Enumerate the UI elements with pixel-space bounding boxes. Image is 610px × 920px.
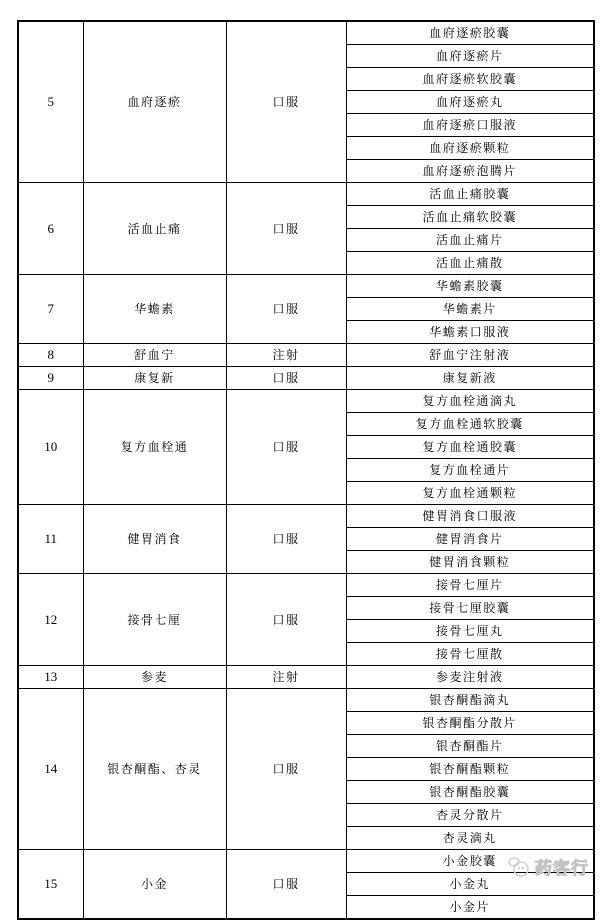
cell-route: 口服 bbox=[226, 850, 346, 920]
cell-num: 8 bbox=[18, 344, 83, 367]
cell-product: 血府逐瘀泡腾片 bbox=[346, 160, 594, 183]
cell-product: 活血止痛软胶囊 bbox=[346, 206, 594, 229]
cell-name: 银杏酮酯、杏灵 bbox=[83, 689, 226, 850]
cell-product: 复方血栓通滴丸 bbox=[346, 390, 594, 413]
cell-product: 杏灵分散片 bbox=[346, 804, 594, 827]
cell-num: 13 bbox=[18, 666, 83, 689]
cell-product: 小金胶囊 bbox=[346, 850, 594, 873]
cell-num: 7 bbox=[18, 275, 83, 344]
cell-num: 12 bbox=[18, 574, 83, 666]
cell-product: 复方血栓通软胶囊 bbox=[346, 413, 594, 436]
cell-product: 血府逐瘀片 bbox=[346, 45, 594, 68]
cell-product: 参麦注射液 bbox=[346, 666, 594, 689]
cell-route: 口服 bbox=[226, 505, 346, 574]
cell-product: 复方血栓通片 bbox=[346, 459, 594, 482]
table-row: 14银杏酮酯、杏灵口服银杏酮酯滴丸 bbox=[18, 689, 594, 712]
cell-product: 银杏酮酯片 bbox=[346, 735, 594, 758]
cell-product: 华蟾素口服液 bbox=[346, 321, 594, 344]
cell-name: 华蟾素 bbox=[83, 275, 226, 344]
table-row: 15小金口服小金胶囊 bbox=[18, 850, 594, 873]
cell-product: 健胃消食颗粒 bbox=[346, 551, 594, 574]
table-row: 6活血止痛口服活血止痛胶囊 bbox=[18, 183, 594, 206]
cell-route: 注射 bbox=[226, 344, 346, 367]
table-row: 12接骨七厘口服接骨七厘片 bbox=[18, 574, 594, 597]
cell-product: 血府逐瘀口服液 bbox=[346, 114, 594, 137]
cell-name: 小金 bbox=[83, 850, 226, 920]
cell-name: 参麦 bbox=[83, 666, 226, 689]
cell-num: 11 bbox=[18, 505, 83, 574]
cell-product: 华蟾素胶囊 bbox=[346, 275, 594, 298]
cell-product: 康复新液 bbox=[346, 367, 594, 390]
cell-product: 接骨七厘胶囊 bbox=[346, 597, 594, 620]
cell-num: 14 bbox=[18, 689, 83, 850]
cell-num: 15 bbox=[18, 850, 83, 920]
cell-product: 健胃消食口服液 bbox=[346, 505, 594, 528]
cell-product: 接骨七厘丸 bbox=[346, 620, 594, 643]
cell-route: 口服 bbox=[226, 689, 346, 850]
cell-num: 10 bbox=[18, 390, 83, 505]
cell-name: 舒血宁 bbox=[83, 344, 226, 367]
cell-product: 活血止痛胶囊 bbox=[346, 183, 594, 206]
cell-product: 杏灵滴丸 bbox=[346, 827, 594, 850]
cell-name: 康复新 bbox=[83, 367, 226, 390]
cell-route: 口服 bbox=[226, 367, 346, 390]
cell-name: 健胃消食 bbox=[83, 505, 226, 574]
cell-route: 注射 bbox=[226, 666, 346, 689]
cell-product: 舒血宁注射液 bbox=[346, 344, 594, 367]
cell-num: 6 bbox=[18, 183, 83, 275]
cell-product: 接骨七厘片 bbox=[346, 574, 594, 597]
cell-product: 血府逐瘀颗粒 bbox=[346, 137, 594, 160]
cell-product: 银杏酮酯胶囊 bbox=[346, 781, 594, 804]
table-row: 5血府逐瘀口服血府逐瘀胶囊 bbox=[18, 21, 594, 45]
cell-product: 活血止痛片 bbox=[346, 229, 594, 252]
cell-product: 小金丸 bbox=[346, 873, 594, 896]
cell-name: 血府逐瘀 bbox=[83, 21, 226, 183]
cell-product: 血府逐瘀软胶囊 bbox=[346, 68, 594, 91]
table-row: 11健胃消食口服健胃消食口服液 bbox=[18, 505, 594, 528]
cell-num: 9 bbox=[18, 367, 83, 390]
cell-product: 银杏酮酯滴丸 bbox=[346, 689, 594, 712]
cell-name: 活血止痛 bbox=[83, 183, 226, 275]
table-row: 7华蟾素口服华蟾素胶囊 bbox=[18, 275, 594, 298]
cell-product: 血府逐瘀丸 bbox=[346, 91, 594, 114]
cell-product: 银杏酮酯分散片 bbox=[346, 712, 594, 735]
cell-product: 接骨七厘散 bbox=[346, 643, 594, 666]
table-row: 8舒血宁注射舒血宁注射液 bbox=[18, 344, 594, 367]
cell-route: 口服 bbox=[226, 21, 346, 183]
cell-num: 5 bbox=[18, 21, 83, 183]
cell-product: 健胃消食片 bbox=[346, 528, 594, 551]
cell-name: 复方血栓通 bbox=[83, 390, 226, 505]
cell-product: 血府逐瘀胶囊 bbox=[346, 21, 594, 45]
cell-product: 复方血栓通颗粒 bbox=[346, 482, 594, 505]
cell-route: 口服 bbox=[226, 574, 346, 666]
cell-route: 口服 bbox=[226, 183, 346, 275]
table-row: 13参麦注射参麦注射液 bbox=[18, 666, 594, 689]
table-row: 9康复新口服康复新液 bbox=[18, 367, 594, 390]
cell-product: 小金片 bbox=[346, 896, 594, 920]
cell-name: 接骨七厘 bbox=[83, 574, 226, 666]
cell-product: 活血止痛散 bbox=[346, 252, 594, 275]
medication-table: 5血府逐瘀口服血府逐瘀胶囊血府逐瘀片血府逐瘀软胶囊血府逐瘀丸血府逐瘀口服液血府逐… bbox=[17, 20, 595, 920]
cell-product: 华蟾素片 bbox=[346, 298, 594, 321]
cell-product: 复方血栓通胶囊 bbox=[346, 436, 594, 459]
table-row: 10复方血栓通口服复方血栓通滴丸 bbox=[18, 390, 594, 413]
cell-route: 口服 bbox=[226, 275, 346, 344]
cell-product: 银杏酮酯颗粒 bbox=[346, 758, 594, 781]
cell-route: 口服 bbox=[226, 390, 346, 505]
